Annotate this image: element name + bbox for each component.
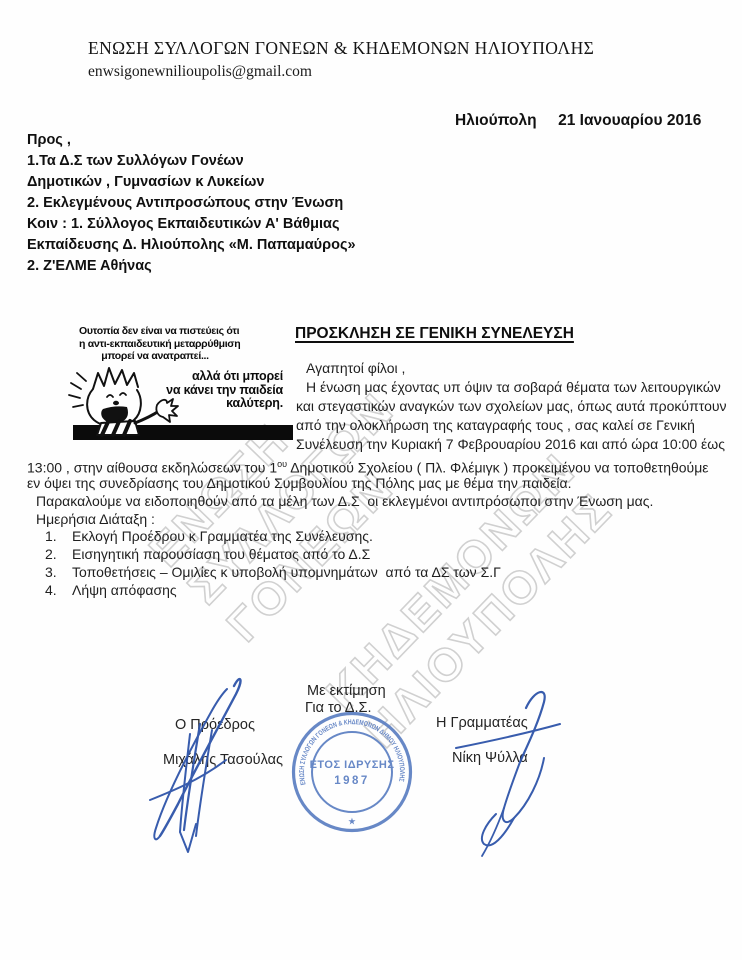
agenda-item-number: 1.: [45, 528, 72, 544]
stamp-center-line2: 1987: [334, 775, 370, 787]
stamp-center-line1: ΕΤΟΣ ΙΔΡΥΣΗΣ: [310, 759, 395, 771]
cartoon-caption-bottom-line: καλύτερη.: [166, 397, 283, 411]
calvin-character-illustration: [67, 365, 182, 443]
body-line: Η ένωση μας έχοντας υπ όψιν τα σοβαρά θέ…: [306, 378, 721, 397]
agenda-heading: Ημερήσια Διάταξη :: [36, 510, 155, 529]
cartoon-caption-top-line: μπορεί να ανατραπεί...: [79, 350, 231, 363]
body-line: και στεγαστικών αναγκών των σχολείων μας…: [296, 397, 727, 416]
agenda-item-text: Τοποθετήσεις – Ομιλίες κ υποβολή υπομνημ…: [72, 564, 501, 580]
recipient-line: Προς ,: [27, 130, 71, 151]
agenda-item-number: 2.: [45, 546, 72, 562]
cartoon-caption-top: Ουτοπία δεν είναι να πιστεύεις ότι η αντ…: [79, 325, 231, 363]
agenda-item-text: Εισηγητική παρουσίαση του θέματος από το…: [72, 546, 370, 562]
cartoon-caption-bottom-line: να κάνει την παιδεία: [166, 384, 283, 398]
cartoon-figure: Ουτοπία δεν είναι να πιστεύεις ότι η αντ…: [65, 318, 295, 444]
president-signature: [122, 672, 252, 857]
salutation: Αγαπητοί φίλοι ,: [306, 359, 405, 378]
secretary-signature: [438, 678, 568, 858]
recipient-line: Δημοτικών , Γυμνασίων κ Λυκείων: [27, 172, 264, 193]
body-line: από την ολοκλήρωση της καταγραφής τους ,…: [296, 416, 695, 435]
org-name: ΕΝΩΣΗ ΣΥΛΛΟΓΩΝ ΓΟΝΕΩΝ & ΚΗΔΕΜΟΝΩΝ ΗΛΙΟΥΠ…: [88, 38, 594, 59]
meeting-title: ΠΡΟΣΚΛΗΣΗ ΣΕ ΓΕΝΙΚΗ ΣΥΝΕΛΕΥΣΗ: [295, 325, 574, 343]
agenda-item-number: 4.: [45, 582, 72, 598]
place-date-line: Ηλιούπολη 21 Ιανουαρίου 2016: [455, 112, 701, 130]
cartoon-caption-bottom-line: αλλά ότι μπορεί: [166, 370, 283, 384]
agenda-item: 4.Λήψη απόφασης: [45, 582, 177, 598]
agenda-item: 1.Εκλογή Προέδρου κ Γραμματέα της Συνέλε…: [45, 528, 373, 544]
ordinal-superscript: ου: [277, 459, 287, 469]
body-line: Παρακαλούμε να ειδοποιηθούν από τα μέλη …: [36, 492, 653, 511]
body-line: Συνέλευση την Κυριακή 7 Φεβρουαρίου 2016…: [296, 435, 725, 454]
org-email: enwsigonewnilioupolis@gmail.com: [88, 63, 312, 81]
org-stamp: ΕΝΩΣΗ ΣΥΛΛΟΓΩΝ ΓΟΝΕΩΝ & ΚΗΔΕΜΟΝΩΝ ΔΗΜΟΥ …: [290, 710, 414, 834]
recipient-line: 2. Εκλεγμένους Αντιπροσώπους στην Ένωση: [27, 193, 343, 214]
agenda-item-text: Λήψη απόφασης: [72, 582, 177, 598]
cartoon-caption-top-line: Ουτοπία δεν είναι να πιστεύεις ότι: [79, 325, 231, 338]
agenda-item-text: Εκλογή Προέδρου κ Γραμματέα της Συνέλευσ…: [72, 528, 373, 544]
closing-regards: Με εκτίμηση: [307, 683, 386, 699]
agenda-item: 2.Εισηγητική παρουσίαση του θέματος από …: [45, 546, 370, 562]
stamp-star-icon: ★: [348, 817, 356, 826]
cartoon-caption-bottom: αλλά ότι μπορεί να κάνει την παιδεία καλ…: [166, 370, 283, 411]
recipient-line: 1.Τα Δ.Σ των Συλλόγων Γονέων: [27, 151, 244, 172]
cartoon-caption-top-line: η αντι-εκπαιδευτική μεταρρύθμιση: [79, 338, 231, 351]
recipient-line: Εκπαίδευσης Δ. Ηλιούπολης «Μ. Παπαμαύρος…: [27, 235, 356, 256]
recipient-line: Κοιν : 1. Σύλλογος Εκπαιδευτικών Α' Βάθμ…: [27, 214, 339, 235]
page-root: ΕΝΩΣΗ ΣΥΛΛΟΓΩΝ ΓΟΝΕΩΝ ΚΗΔΕΜΟΝΩΝ ΗΛΙΟΥΠΟΛ…: [0, 0, 742, 960]
recipient-line: 2. Ζ'ΕΛΜΕ Αθήνας: [27, 256, 152, 277]
body-line: εν όψει της συνεδρίασης του Δημοτικού Συ…: [27, 474, 572, 493]
agenda-item: 3.Τοποθετήσεις – Ομιλίες κ υποβολή υπομν…: [45, 564, 501, 580]
agenda-item-number: 3.: [45, 564, 72, 580]
